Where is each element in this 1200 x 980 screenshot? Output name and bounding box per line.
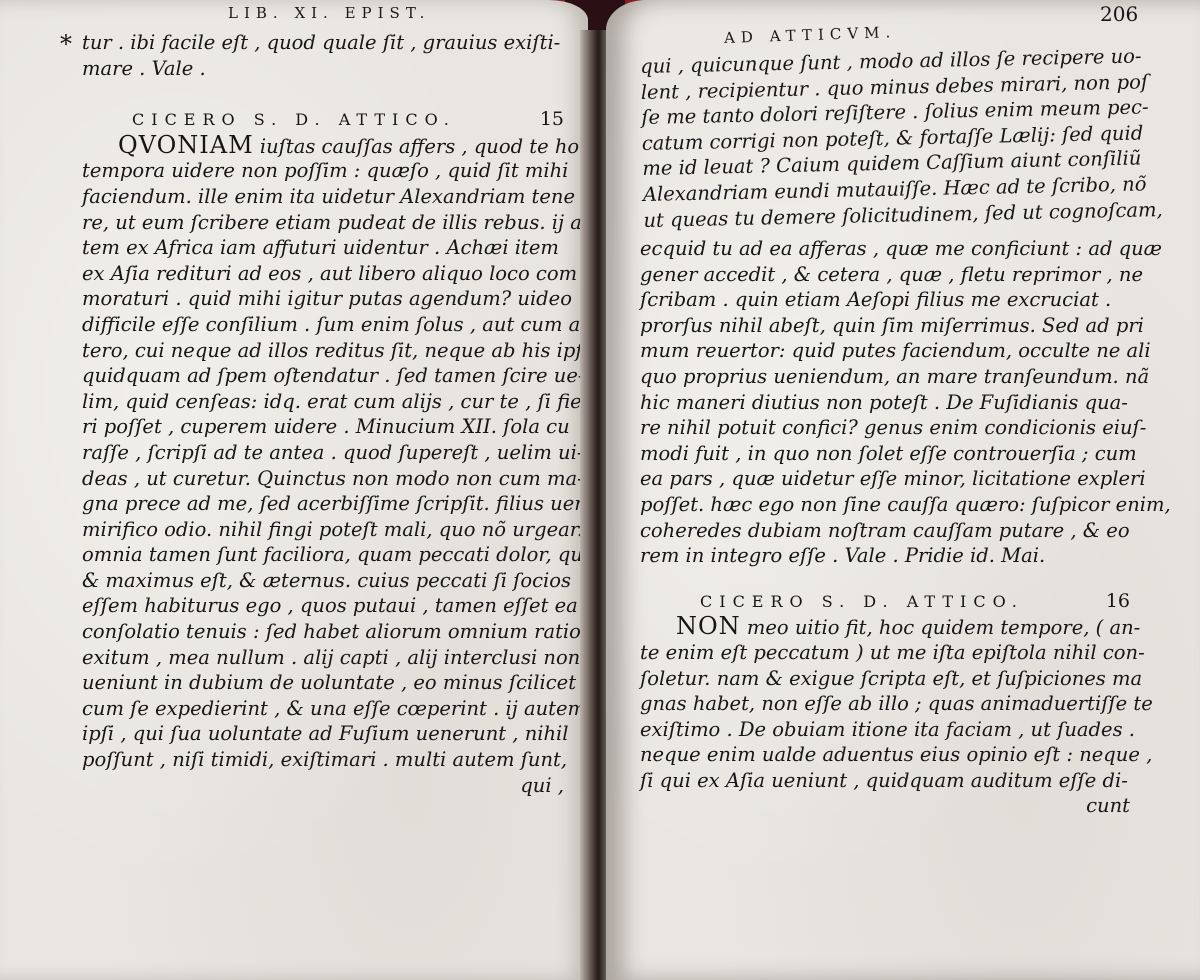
text-line: quo proprius ueniendum, an mare tranſeun… <box>640 364 1130 390</box>
dropcap-word: NON <box>676 612 741 640</box>
letter-number: 15 <box>540 107 564 133</box>
text-line: poſſunt , niſi timidi, exiſtimari . mult… <box>82 747 564 773</box>
text-line: neque enim ualde aduentus eius opinio eſ… <box>640 742 1130 768</box>
letter-heading-text: CICERO S. D. ATTICO. <box>132 107 456 133</box>
text-line: gna prece ad me, ſed acerbiſſime ſcripſi… <box>82 491 564 517</box>
text-line: faciendum. ille enim ita uidetur Alexand… <box>82 184 564 210</box>
text-line: gener accedit , & cetera , quæ , fletu r… <box>640 262 1130 288</box>
text-line: ſcribam . quin etiam Aeſopi filius me ex… <box>640 287 1130 313</box>
letter-number: 16 <box>1106 589 1130 615</box>
page-number: 206 <box>1100 2 1138 26</box>
dropcap-word: QVONIAM <box>118 131 254 159</box>
text-line: tur . ibi facile eſt , quod quale ſit , … <box>82 30 564 56</box>
text-line: mirifico odio. nihil fingi poteſt mali, … <box>82 517 564 543</box>
text-line: ſoletur. nam & exigue ſcripta eſt, et ſu… <box>640 666 1130 692</box>
text-line: ſi qui ex Aſia ueniunt , quidquam auditu… <box>640 768 1130 794</box>
text-line: ipſi , qui ſua uoluntate ad Fuſium uener… <box>82 721 564 747</box>
left-page: LIB. XI. EPIST. * tur . ibi facile eſt ,… <box>0 0 588 980</box>
right-text-block-lower: ecquid tu ad ea afferas , quæ me confici… <box>640 236 1130 819</box>
catchword: cunt <box>640 793 1130 819</box>
text-line: gnas habet, non eſſe ab illo ; quas anim… <box>640 691 1130 717</box>
text-line: NON meo uitio fit, hoc quidem tempore, (… <box>640 614 1130 640</box>
text-line: omnia tamen ſunt faciliora, quam peccati… <box>82 542 564 568</box>
text-line: lim, quid cenſeas: idq. erat cum alijs ,… <box>82 389 564 415</box>
text-line: ex Aſia redituri ad eos , aut libero ali… <box>82 261 564 287</box>
left-text-block: tur . ibi facile eſt , quod quale ſit , … <box>82 30 564 798</box>
catchword: qui , <box>82 773 564 799</box>
text-line: raſſe , ſcripſi ad te antea . quod ſuper… <box>82 440 564 466</box>
text-line: coheredes dubiam noſtram cauſſam putare … <box>640 518 1130 544</box>
text-line-rest: meo uitio fit, hoc quidem tempore, ( an- <box>747 616 1140 639</box>
text-line: eſſem habiturus ego , quos putaui , tame… <box>82 593 564 619</box>
text-line: moraturi . quid mihi igitur putas agendu… <box>82 286 564 312</box>
text-line: ueniunt in dubium de uoluntate , eo minu… <box>82 670 564 696</box>
text-line: conſolatio tenuis : ſed habet aliorum om… <box>82 619 564 645</box>
text-line: mum reuertor: quid putes faciendum, occu… <box>640 338 1130 364</box>
text-line: cum ſe expedierint , & una eſſe cœperint… <box>82 696 564 722</box>
text-line: rem in integro eſſe . Vale . Pridie id. … <box>640 543 1130 569</box>
text-line: mare . Vale . <box>82 56 564 82</box>
text-line: tem ex Africa iam affuturi uidentur . Ac… <box>82 235 564 261</box>
letter-heading: CICERO S. D. ATTICO. 16 <box>640 589 1130 615</box>
text-line: hic maneri diutius non poteſt . De Fuſid… <box>640 390 1130 416</box>
text-line: tempora uidere non poſſim : quæſo , quid… <box>82 158 564 184</box>
text-line: ecquid tu ad ea afferas , quæ me confici… <box>640 236 1130 262</box>
text-line: deas , ut curetur. Quinctus non modo non… <box>82 466 564 492</box>
right-running-head: AD ATTICVM. <box>724 23 897 47</box>
text-line: tero, cui neque ad illos reditus ſit, ne… <box>82 338 564 364</box>
text-line: re nihil potuit confici? genus enim cond… <box>640 415 1130 441</box>
text-line: te enim eſt peccatum ) ut me iſta epiſto… <box>640 640 1130 666</box>
text-line-rest: iuſtas cauſſas affers , quod te hoc <box>260 135 590 158</box>
text-line: exitum , mea nullum . alij capti , alij … <box>82 645 564 671</box>
text-line: quidquam ad ſpem oſtendatur . ſed tamen … <box>82 363 564 389</box>
text-line: QVONIAM iuſtas cauſſas affers , quod te … <box>82 133 564 159</box>
letter-heading: CICERO S. D. ATTICO. 15 <box>82 107 564 133</box>
text-line: & maximus eſt, & æternus. cuius peccati … <box>82 568 564 594</box>
left-running-head: LIB. XI. EPIST. <box>228 4 430 22</box>
text-line: ri poſſet , cuperem uidere . Minucium XI… <box>82 414 564 440</box>
text-line: modi fuit , in quo non ſolet eſſe contro… <box>640 441 1130 467</box>
right-text-block: qui , quicunque ſunt , modo ad illos ſe … <box>640 44 1134 233</box>
text-line: prorſus nihil abeſt, quin ſim miſerrimus… <box>640 313 1130 339</box>
right-page: AD ATTICVM. 206 qui , quicunque ſunt , m… <box>606 0 1200 980</box>
text-line: exiſtimo . De obuiam itione ita faciam ,… <box>640 717 1130 743</box>
letter-heading-text: CICERO S. D. ATTICO. <box>700 589 1024 615</box>
text-line: re, ut eum ſcribere etiam pudeat de illi… <box>82 210 564 236</box>
asterisk-marker-icon: * <box>60 30 72 58</box>
text-line: ea pars , quæ uidetur eſſe minor, licita… <box>640 466 1130 492</box>
text-line: poſſet. hæc ego non ſine cauſſa quæro: ſ… <box>640 492 1130 518</box>
text-line: difficile eſſe conſilium . ſum enim ſolu… <box>82 312 564 338</box>
